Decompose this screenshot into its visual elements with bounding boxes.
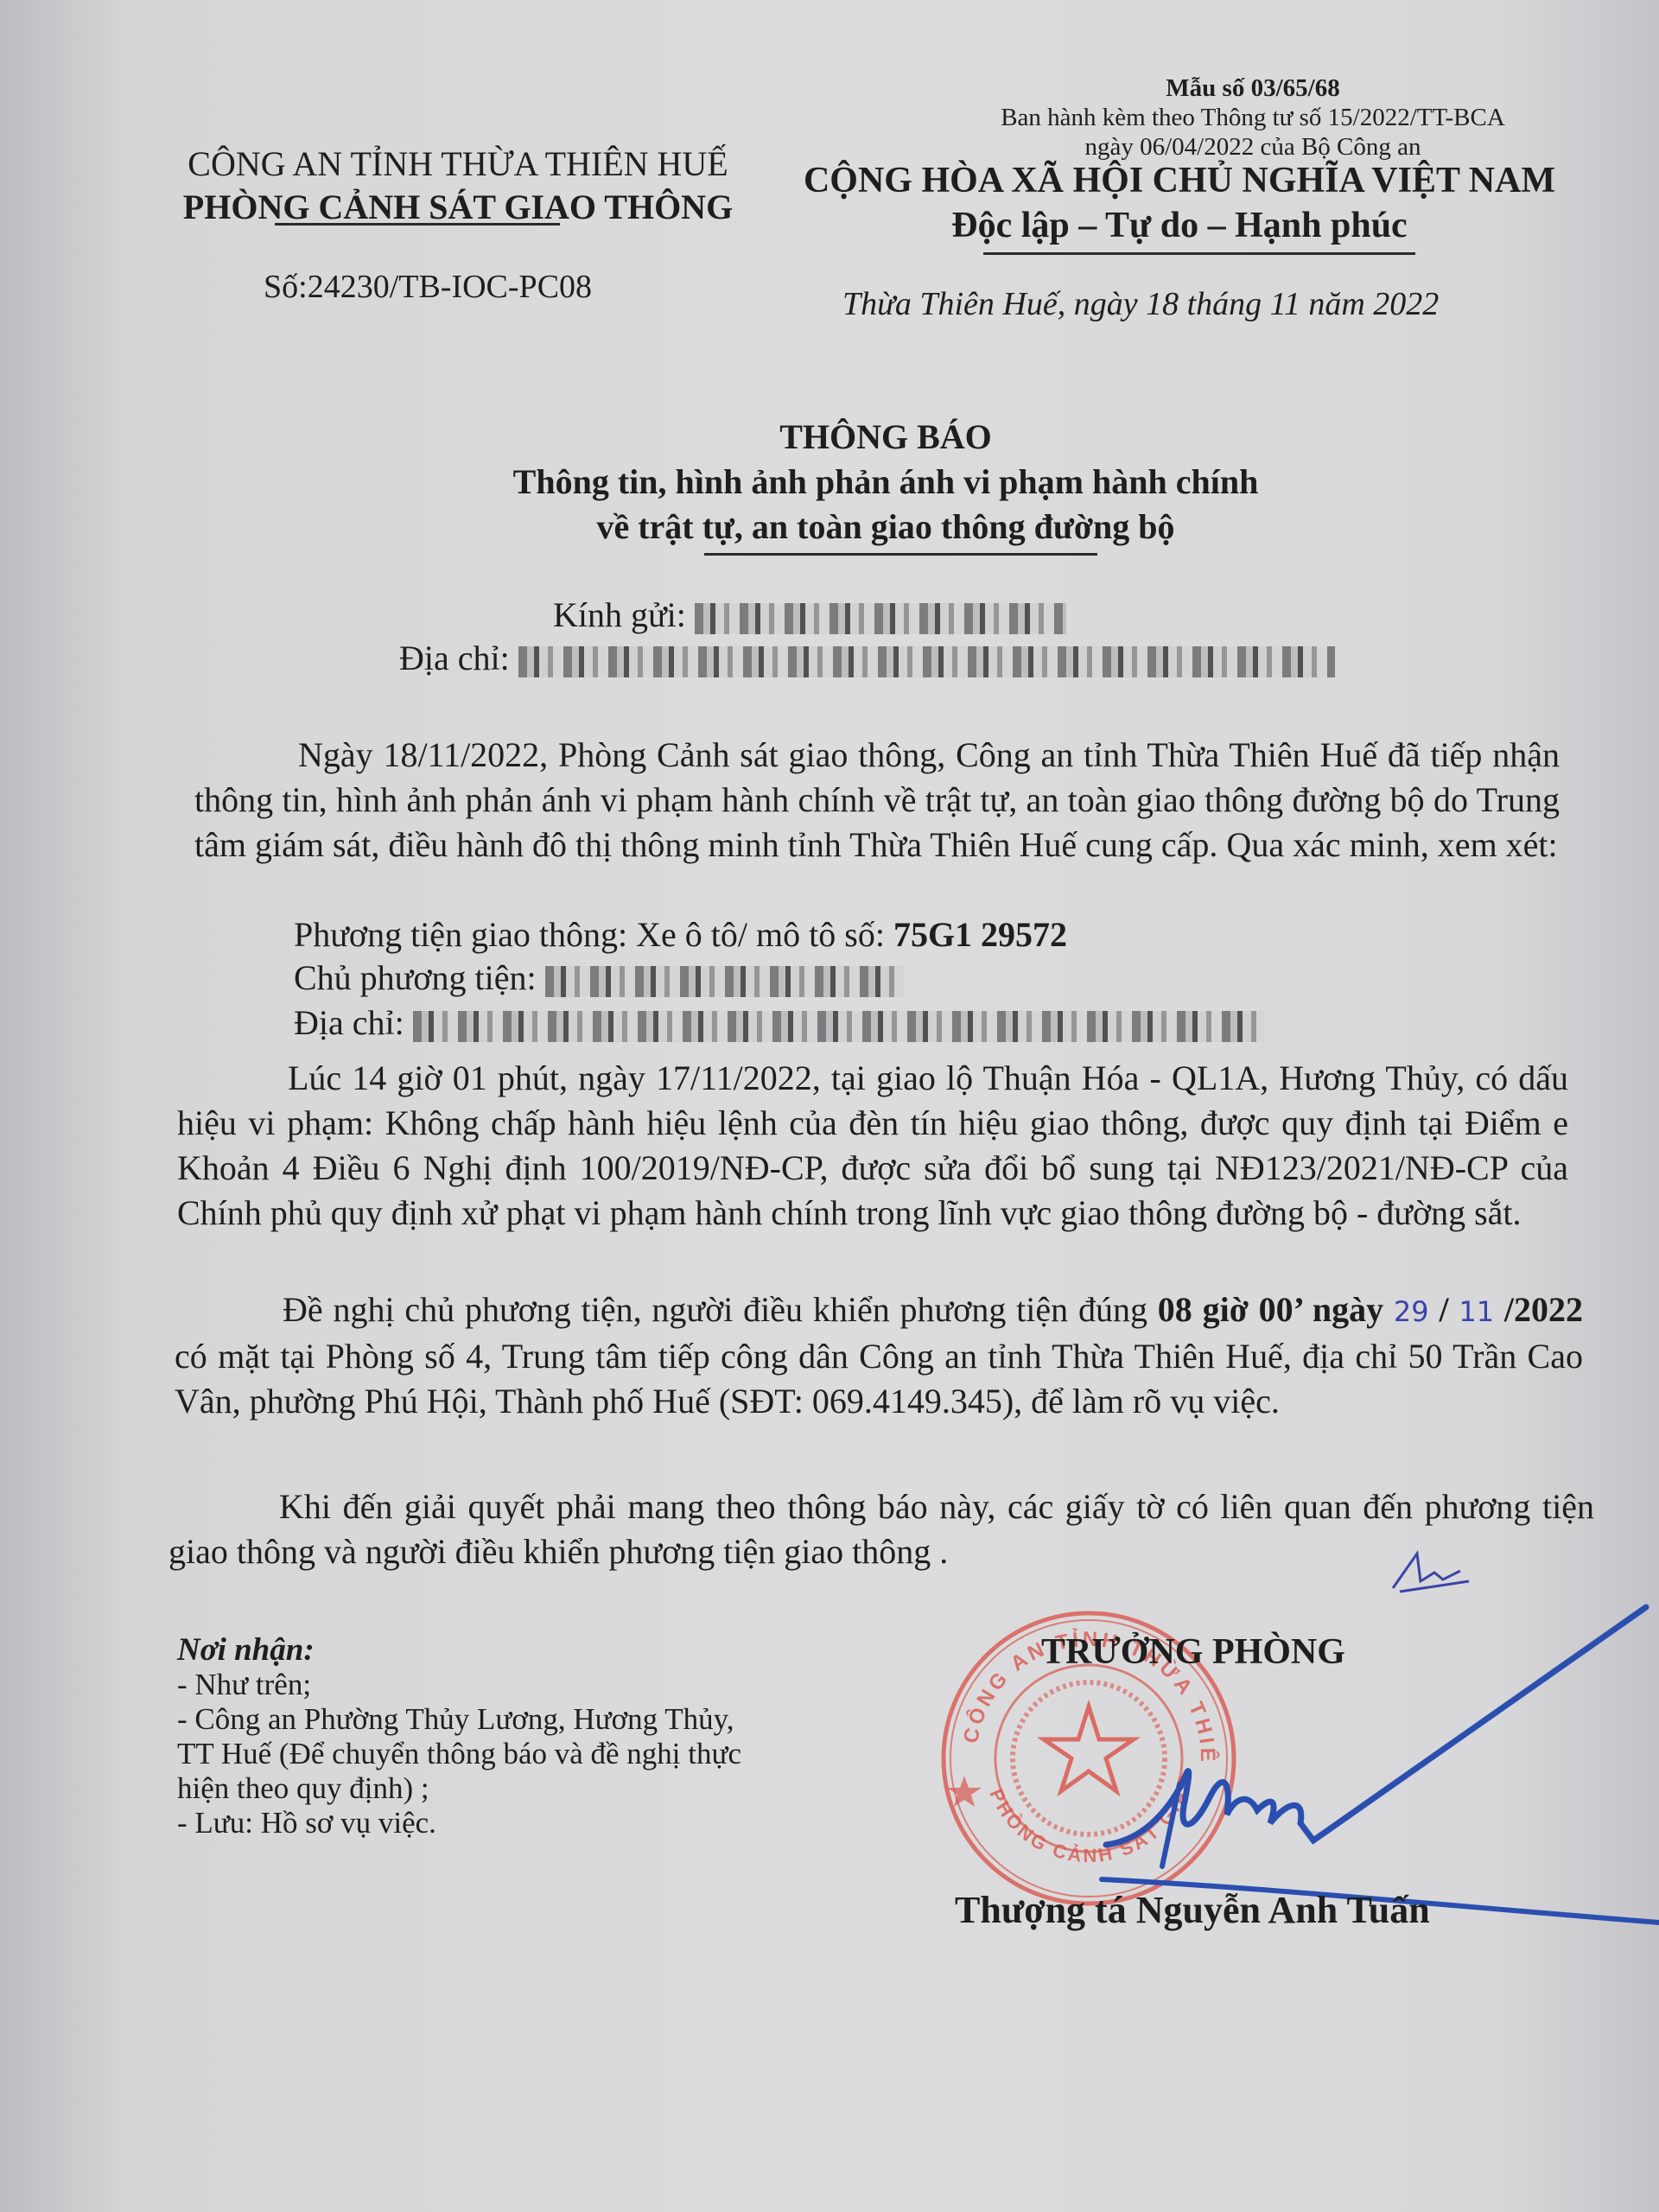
form-number: Mẫu số 03/65/68 <box>950 73 1555 103</box>
address-label: Địa chỉ: <box>399 639 510 677</box>
summons-text-b: có mặt tại Phòng số 4, Trung tâm tiếp cô… <box>175 1337 1583 1421</box>
redacted-owner-address <box>413 1011 1264 1042</box>
distribution-list: Nơi nhận: - Như trên; - Công an Phường T… <box>177 1633 741 1840</box>
paragraph-documents: Khi đến giải quyết phải mang theo thông … <box>168 1484 1594 1574</box>
owner-address-line: Địa chỉ: <box>294 1002 1264 1043</box>
license-plate: 75G1 29572 <box>893 915 1067 954</box>
date-separator: / <box>1429 1290 1459 1329</box>
distribution-item: - Công an Phường Thủy Lương, Hương Thủy, <box>177 1702 741 1737</box>
summons-text-a: Đề nghị chủ phương tiện, người điều khiể… <box>283 1290 1158 1329</box>
redacted-addressee-address <box>518 646 1335 677</box>
agency-parent: CÔNG AN TỈNH THỪA THIÊN HUẾ <box>147 143 769 186</box>
summons-year: /2022 <box>1494 1290 1583 1329</box>
handwritten-signature <box>1011 1581 1659 1927</box>
addressee-line: Kính gửi: <box>553 594 1066 635</box>
title-sub-1: Thông tin, hình ảnh phản ánh vi phạm hàn… <box>432 460 1339 505</box>
distribution-item: - Lưu: Hồ sơ vụ việc. <box>177 1806 741 1840</box>
vehicle-label: Phương tiện giao thông: Xe ô tô/ mô tô s… <box>294 915 893 954</box>
title-main: THÔNG BÁO <box>432 415 1339 460</box>
owner-address-label: Địa chỉ: <box>294 1003 404 1042</box>
form-issued-date: ngày 06/04/2022 của Bộ Công an <box>950 132 1555 162</box>
paragraph-intro: Ngày 18/11/2022, Phòng Cảnh sát giao thô… <box>194 733 1560 868</box>
addressee-label: Kính gửi: <box>553 595 686 634</box>
handwritten-month: 11 <box>1459 1295 1494 1328</box>
country-name: CỘNG HÒA XÃ HỘI CHỦ NGHĨA VIỆT NAM <box>791 158 1568 203</box>
agency-underline <box>275 223 560 226</box>
distribution-item: TT Huế (Để chuyển thông báo và đề nghị t… <box>177 1737 741 1771</box>
national-heading: CỘNG HÒA XÃ HỘI CHỦ NGHĨA VIỆT NAM Độc l… <box>791 158 1568 248</box>
owner-label: Chủ phương tiện: <box>294 958 537 997</box>
form-reference: Mẫu số 03/65/68 Ban hành kèm theo Thông … <box>950 73 1555 162</box>
document-number: Số:24230/TB-IOC-PC08 <box>264 268 592 306</box>
redacted-addressee-name <box>695 603 1066 634</box>
place-and-date: Thừa Thiên Huế, ngày 18 tháng 11 năm 202… <box>842 285 1439 323</box>
distribution-item: - Như trên; <box>177 1668 741 1702</box>
title-underline <box>704 553 1097 556</box>
signer-name: Thượng tá Nguyễn Anh Tuấn <box>955 1888 1430 1932</box>
handwritten-day: 29 <box>1394 1295 1429 1328</box>
distribution-heading: Nơi nhận: <box>177 1633 741 1668</box>
paragraph-violation: Lúc 14 giờ 01 phút, ngày 17/11/2022, tại… <box>177 1056 1568 1236</box>
form-issued-with: Ban hành kèm theo Thông tư số 15/2022/TT… <box>950 103 1555 132</box>
title-sub-2: về trật tự, an toàn giao thông đường bộ <box>432 505 1339 550</box>
addressee-address-line: Địa chỉ: <box>399 638 1335 678</box>
issuing-agency: CÔNG AN TỈNH THỪA THIÊN HUẾ PHÒNG CẢNH S… <box>147 143 769 229</box>
motto-underline <box>983 252 1415 255</box>
national-motto: Độc lập – Tự do – Hạnh phúc <box>791 203 1568 248</box>
redacted-owner-name <box>545 966 904 997</box>
summons-time: 08 giờ 00’ ngày <box>1158 1290 1383 1329</box>
distribution-item: hiện theo quy định) ; <box>177 1771 741 1806</box>
paragraph-summons: Đề nghị chủ phương tiện, người điều khiể… <box>175 1287 1583 1424</box>
document-title: THÔNG BÁO Thông tin, hình ảnh phản ánh v… <box>432 415 1339 550</box>
owner-line: Chủ phương tiện: <box>294 957 904 998</box>
vehicle-line: Phương tiện giao thông: Xe ô tô/ mô tô s… <box>294 914 1067 955</box>
